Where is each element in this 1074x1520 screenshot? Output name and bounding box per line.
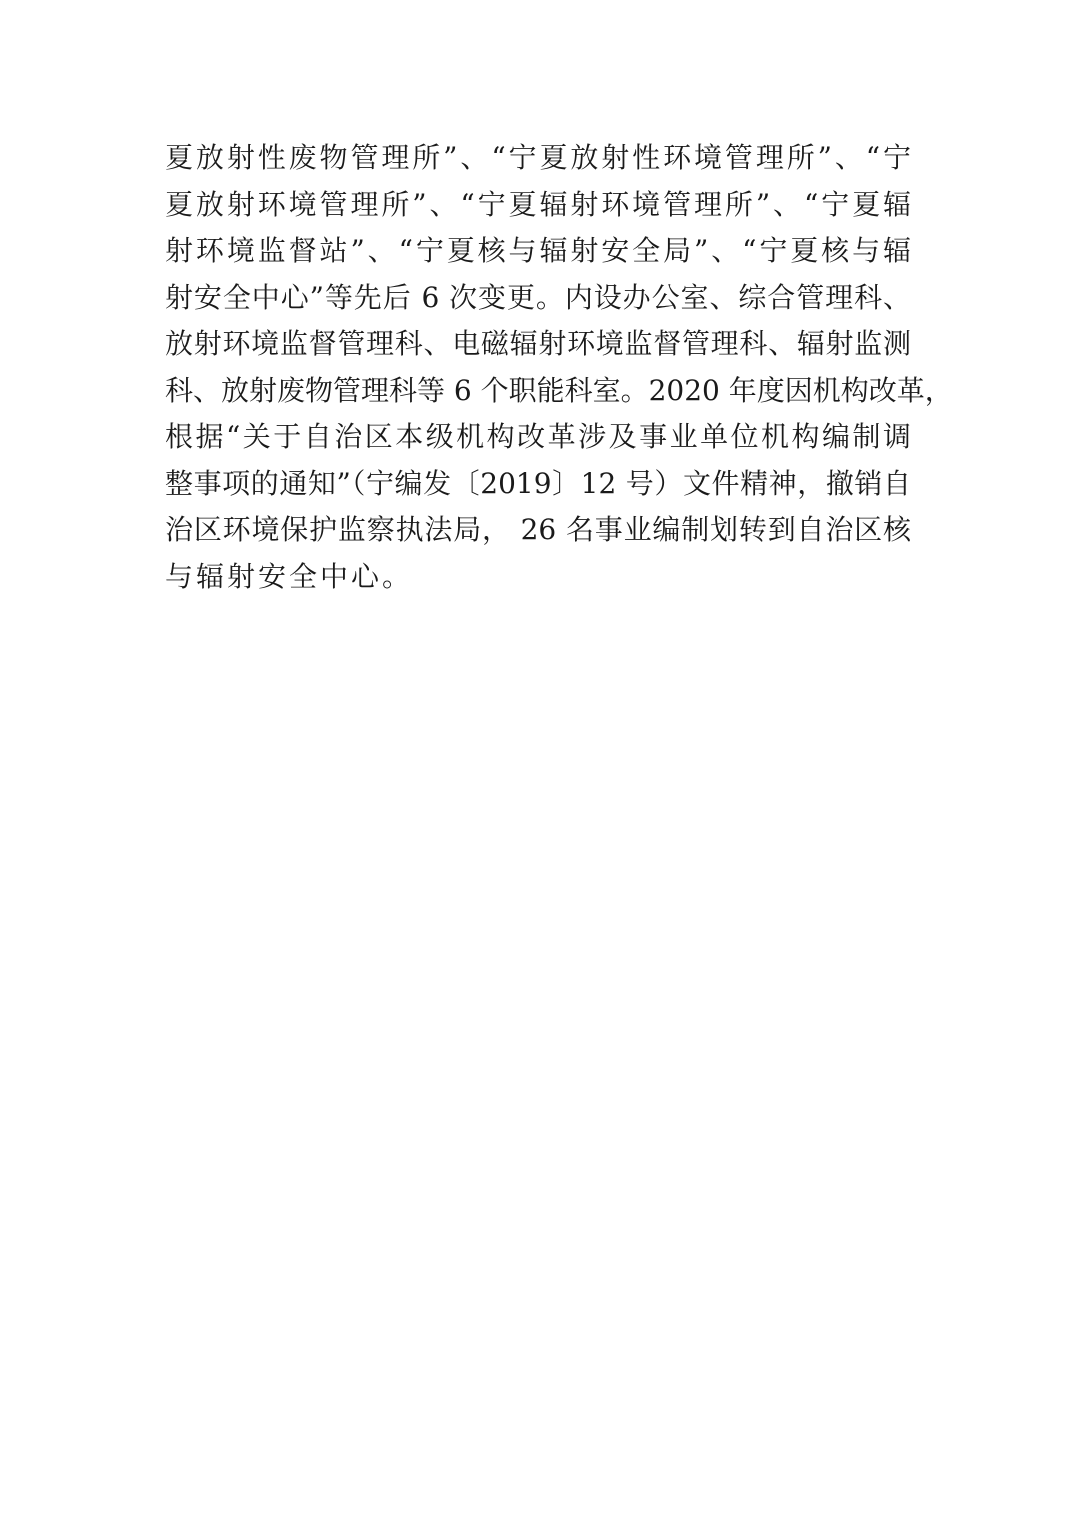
paragraph-line-3: 射环境监督站”、“宁夏核与辐射安全局”、“宁夏核与辐 (165, 228, 911, 275)
paragraph-line-5: 放射环境监督管理科、电磁辐射环境监督管理科、辐射监测 (165, 321, 911, 368)
paragraph-line-1: 夏放射性废物管理所”、“宁夏放射性环境管理所”、“宁 (165, 135, 911, 182)
paragraph-line-10: 与辐射安全中心。 (165, 554, 911, 601)
paragraph-line-2: 夏放射环境管理所”、“宁夏辐射环境管理所”、“宁夏辐 (165, 182, 911, 229)
paragraph-line-9: 治区环境保护监察执法局， 26 名事业编制划转到自治区核 (165, 507, 911, 554)
paragraph-line-6: 科、放射废物管理科等 6 个职能科室。2020 年度因机构改革， (165, 368, 911, 415)
body-paragraph: 夏放射性废物管理所”、“宁夏放射性环境管理所”、“宁 夏放射环境管理所”、“宁夏… (165, 135, 911, 600)
document-page: 夏放射性废物管理所”、“宁夏放射性环境管理所”、“宁 夏放射环境管理所”、“宁夏… (0, 0, 1074, 1520)
paragraph-line-7: 根据“关于自治区本级机构改革涉及事业单位机构编制调 (165, 414, 911, 461)
paragraph-line-8: 整事项的通知”（宁编发〔2019〕12 号）文件精神，撤销自 (165, 461, 911, 508)
paragraph-line-4: 射安全中心”等先后 6 次变更。内设办公室、综合管理科、 (165, 275, 911, 322)
